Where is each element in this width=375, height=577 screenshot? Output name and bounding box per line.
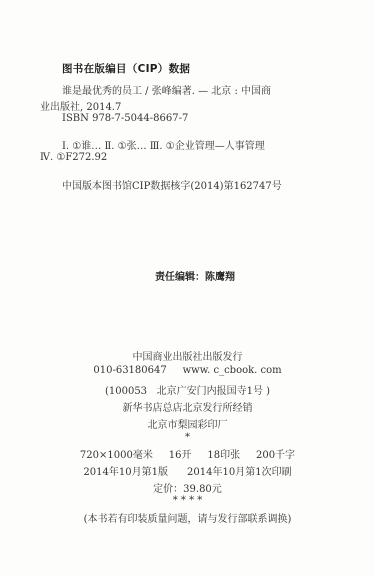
cip-bibliographic-line-2: 业出版社, 2014.7 bbox=[40, 98, 121, 113]
price: 定价：39.80元 bbox=[0, 480, 375, 495]
cip-classification-line-2: Ⅳ. ①F272.92 bbox=[40, 152, 107, 163]
cip-isbn: ISBN 978-7-5044-8667-7 bbox=[62, 113, 188, 124]
separator-asterisk: * bbox=[0, 432, 375, 443]
printer: 北京市梨园彩印厂 bbox=[0, 416, 375, 431]
separator-asterisks: * * * * bbox=[0, 495, 375, 506]
cip-heading: 图书在版编目（CIP）数据 bbox=[62, 61, 190, 76]
book-specifications: 720×1000毫米 16开 18印张 200千字 bbox=[0, 446, 375, 461]
copyright-page: 图书在版编目（CIP）数据 谁是最优秀的员工 / 张峰编著. — 北京 : 中国… bbox=[0, 0, 375, 577]
cip-classification-line-1: Ⅰ. ①谁… Ⅱ. ①张… Ⅲ. ①企业管理—人事管理 bbox=[62, 137, 265, 152]
publisher-name: 中国商业出版社出版发行 bbox=[0, 348, 375, 363]
cip-bibliographic-line-1: 谁是最优秀的员工 / 张峰编著. — 北京 : 中国商 bbox=[62, 82, 271, 97]
quality-notice: (本书若有印装质量问题，请与发行部联系调换) bbox=[0, 510, 375, 525]
responsible-editor: 责任编辑：陈鹰翔 bbox=[155, 268, 235, 283]
distributor: 新华书店总店北京发行所经销 bbox=[0, 399, 375, 414]
publisher-contact: 010-63180647 www. c_cbook. com bbox=[0, 365, 375, 376]
cip-verification-number: 中国版本图书馆CIP数据核字(2014)第162747号 bbox=[62, 177, 282, 192]
edition-info: 2014年10月第1版 2014年10月第1次印刷 bbox=[0, 463, 375, 478]
publisher-address: (100053 北京广安门内报国寺1号 ) bbox=[0, 382, 375, 397]
